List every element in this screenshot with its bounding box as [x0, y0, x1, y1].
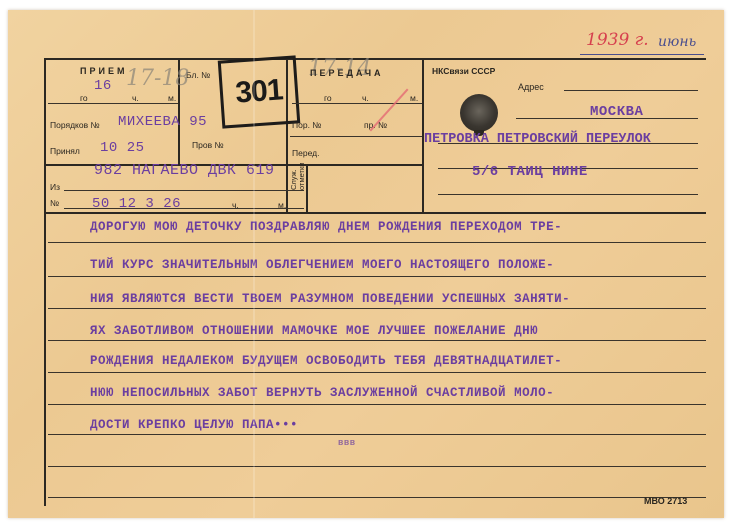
- message-line-7: ДОСТИ КРЕПКО ЦЕЛУЮ ПАПА•••: [90, 418, 298, 432]
- no-label: №: [50, 198, 59, 208]
- ussr-emblem-icon: [460, 94, 498, 132]
- address-line-1: [564, 90, 698, 91]
- message-line-2: ТИЙ КУРС ЗНАЧИТЕЛЬНЫМ ОБЛЕГЧЕНИЕМ МОЕГО …: [90, 258, 554, 272]
- accepted-label: Принял: [50, 146, 80, 156]
- from-value: 982 НАГАЕВО ДВК 619: [94, 162, 275, 179]
- trailing-mark: ввв: [338, 438, 356, 448]
- no-value: 50 12 3 26: [92, 196, 181, 212]
- stamp-301: 301: [218, 55, 301, 128]
- from-line: [64, 190, 304, 191]
- rule-9: [48, 497, 706, 498]
- message-line-3: НИЯ ЯВЛЯЮТСЯ ВЕСТИ ТВОЕМ РАЗУМНОМ ПОВЕДЕ…: [90, 292, 570, 306]
- form-code: МВО 2713: [644, 496, 687, 506]
- priem-ch-label: ч.: [132, 93, 139, 103]
- priem-go-value: 16: [94, 78, 112, 94]
- message-line-1: ДОРОГУЮ МОЮ ДЕТОЧКУ ПОЗДРАВЛЯЮ ДНЕМ РОЖД…: [90, 220, 562, 234]
- no-line: [64, 208, 304, 209]
- red-checkmark: [370, 89, 409, 132]
- address-line-3: [438, 143, 698, 144]
- address-line-5: [438, 194, 698, 195]
- address-recipient: 5/6 ТАИЦ НИНЕ: [472, 164, 588, 180]
- rule-7: [48, 434, 706, 435]
- stamp-number: 301: [234, 73, 283, 110]
- rule-5: [48, 372, 706, 373]
- rule-6: [48, 404, 706, 405]
- rule-8: [48, 466, 706, 467]
- rule-1: [48, 242, 706, 243]
- handwritten-year: 1939 г.: [586, 30, 649, 50]
- prov-label: Пров №: [192, 140, 224, 150]
- por-line: [290, 136, 422, 137]
- origin-bottom-line: [44, 212, 706, 214]
- handwritten-month: июнь: [658, 34, 696, 50]
- agency-label: НКСвязи СССР: [432, 66, 495, 76]
- priem-m-label: м.: [168, 93, 176, 103]
- annotation-underline: [580, 54, 704, 55]
- service-marks-divider: [306, 164, 308, 212]
- message-line-6: НЮЮ НЕПОСИЛЬНЫХ ЗАБОТ ВЕРНУТЬ ЗАСЛУЖЕННО…: [90, 386, 554, 400]
- from-label: Из: [50, 182, 60, 192]
- message-line-5: РОЖДЕНИЯ НЕДАЛЕКОМ БУДУЩЕМ ОСВОБОДИТЬ ТЕ…: [90, 354, 562, 368]
- peredacha-go-label: го: [324, 93, 332, 103]
- rule-4: [48, 340, 706, 341]
- peredacha-m-label: м.: [410, 93, 418, 103]
- rule-3: [48, 308, 706, 309]
- peredacha-time-line: [292, 103, 422, 104]
- por-label: Пор. №: [292, 120, 321, 130]
- peredacha-title: ПЕРЕДАЧА: [310, 68, 384, 78]
- service-marks-label: Служ. отметки: [290, 146, 306, 190]
- order-label: Порядков №: [50, 120, 100, 130]
- order-value: МИХЕЕВА 95: [118, 114, 207, 130]
- telegram-form: 1939 г. июнь ПРИЕМ 16 го ч. м. Порядков …: [8, 10, 724, 518]
- pencil-note-left: 17-18: [126, 66, 189, 91]
- priem-title: ПРИЕМ: [80, 66, 127, 76]
- frame-top-line: [44, 58, 706, 60]
- priem-time-line: [48, 103, 178, 104]
- bl-label: Бл. №: [186, 70, 210, 80]
- address-city: МОСКВА: [590, 104, 643, 120]
- frame-left-line: [44, 58, 46, 506]
- priem-go-label: го: [80, 93, 88, 103]
- message-line-4: ЯХ ЗАБОТЛИВОМ ОТНОШЕНИИ МАМОЧКЕ МОЕ ЛУЧШ…: [90, 324, 538, 338]
- rule-2: [48, 276, 706, 277]
- accepted-value: 10 25: [100, 140, 145, 156]
- peredacha-ch-label: ч.: [362, 93, 369, 103]
- address-label: Адрес: [518, 82, 544, 92]
- address-street: ПЕТРОВКА ПЕТРОВСКИЙ ПЕРЕУЛОК: [424, 132, 651, 147]
